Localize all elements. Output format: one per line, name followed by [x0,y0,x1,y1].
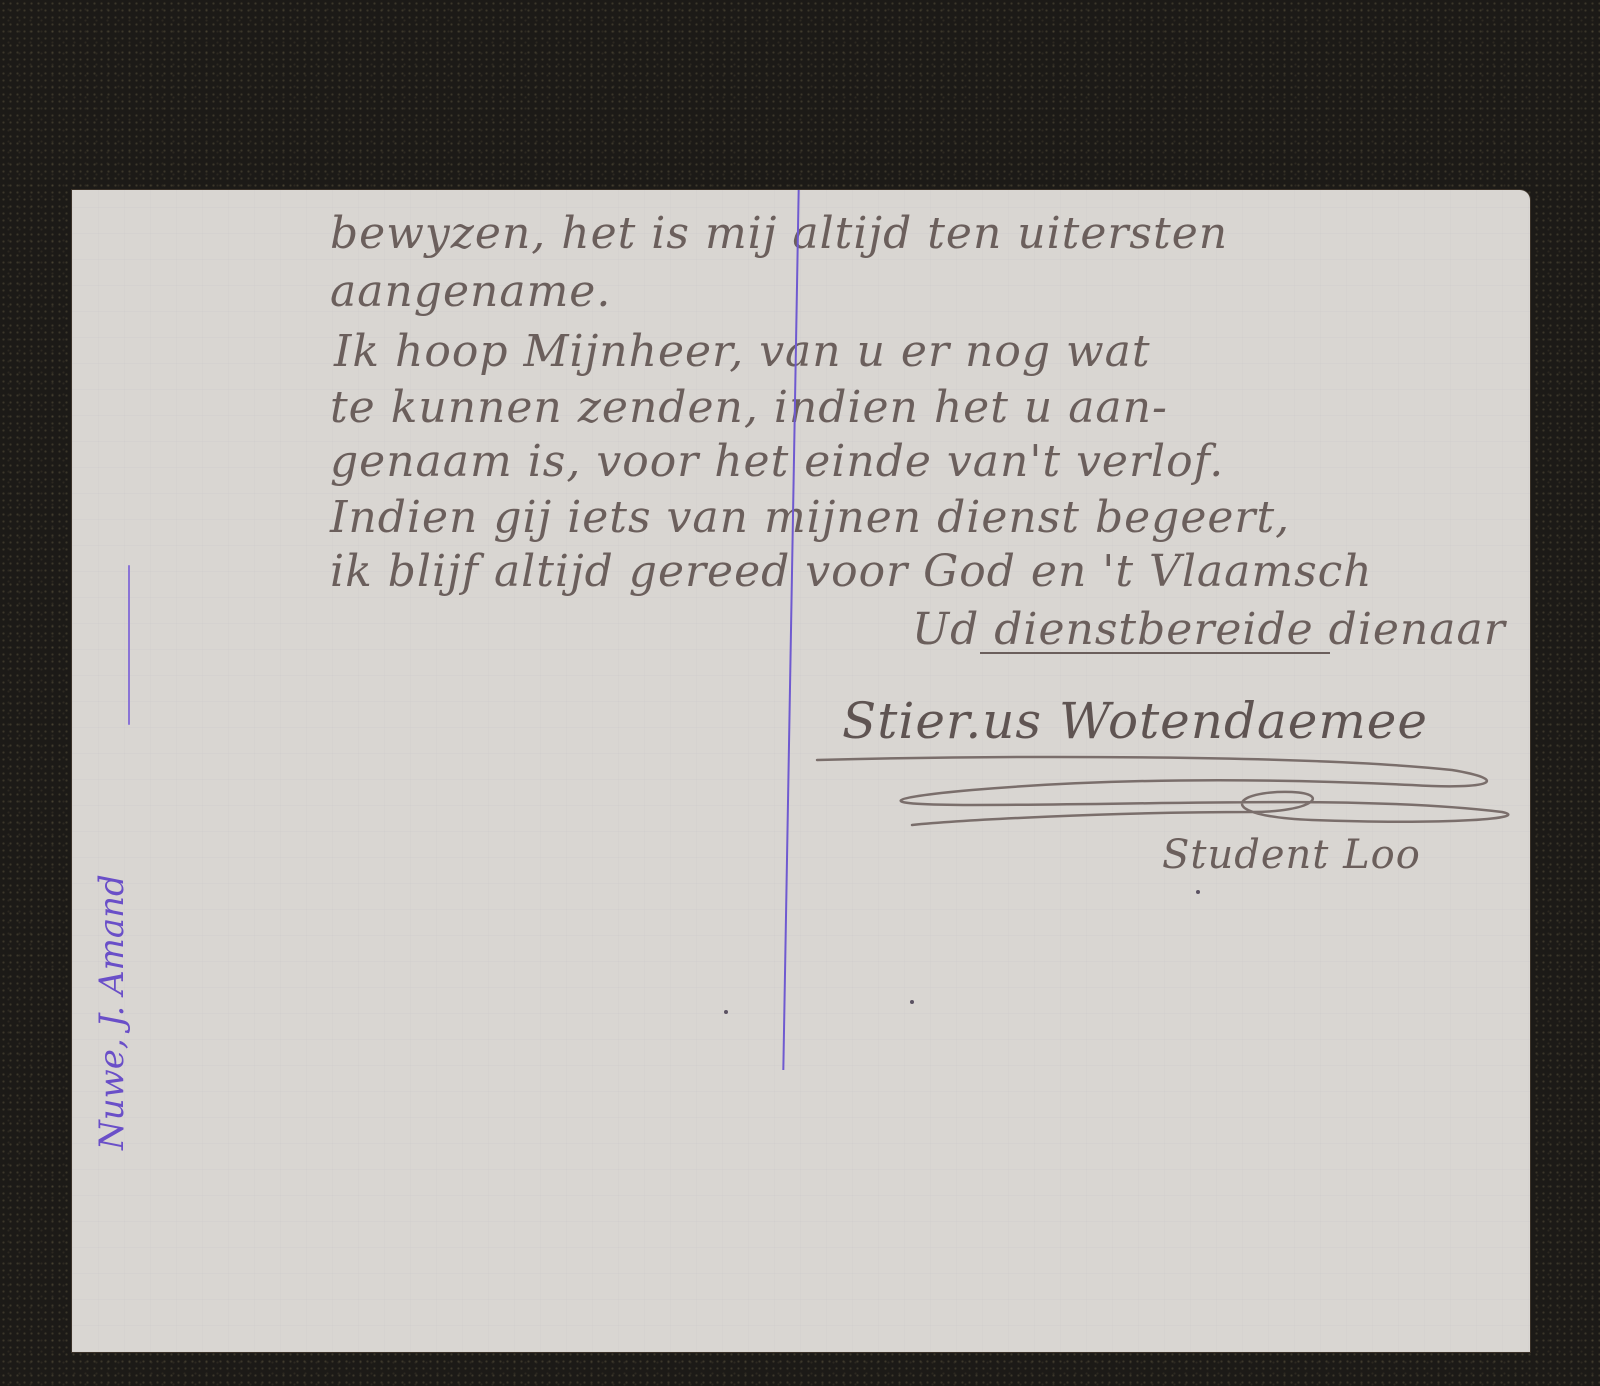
signature-title: Student Loo [1162,835,1421,875]
margin-annotation: Nuwe, J. Amand [92,874,132,1150]
text-line-3: Ik hoop Mijnheer, van u er nog wat [334,330,1151,374]
blue-vertical-line [782,190,799,1070]
signature-name: Stier.us Wotendaemee [842,696,1428,746]
ink-speck [910,1000,914,1004]
text-line-1: bewyzen, het is mij altijd ten uitersten [330,212,1228,256]
text-line-2: aangename. [330,270,611,314]
closing-line: Ud dienstbereide dienaar [912,608,1506,652]
ink-speck [1196,890,1200,894]
text-line-4: te kunnen zenden, indien het u aan- [330,386,1168,430]
ink-speck [724,1010,728,1014]
text-line-5: genaam is, voor het einde van't verlof. [330,440,1224,484]
closing-underline [980,652,1330,654]
letter-page: bewyzen, het is mij altijd ten uitersten… [72,190,1530,1352]
signature-flourish-icon [812,750,1532,840]
text-line-7: ik blijf altijd gereed voor God en 't Vl… [330,550,1373,594]
margin-annotation-stroke [128,565,130,725]
text-line-6: Indien gij iets van mijnen dienst begeer… [330,496,1290,540]
